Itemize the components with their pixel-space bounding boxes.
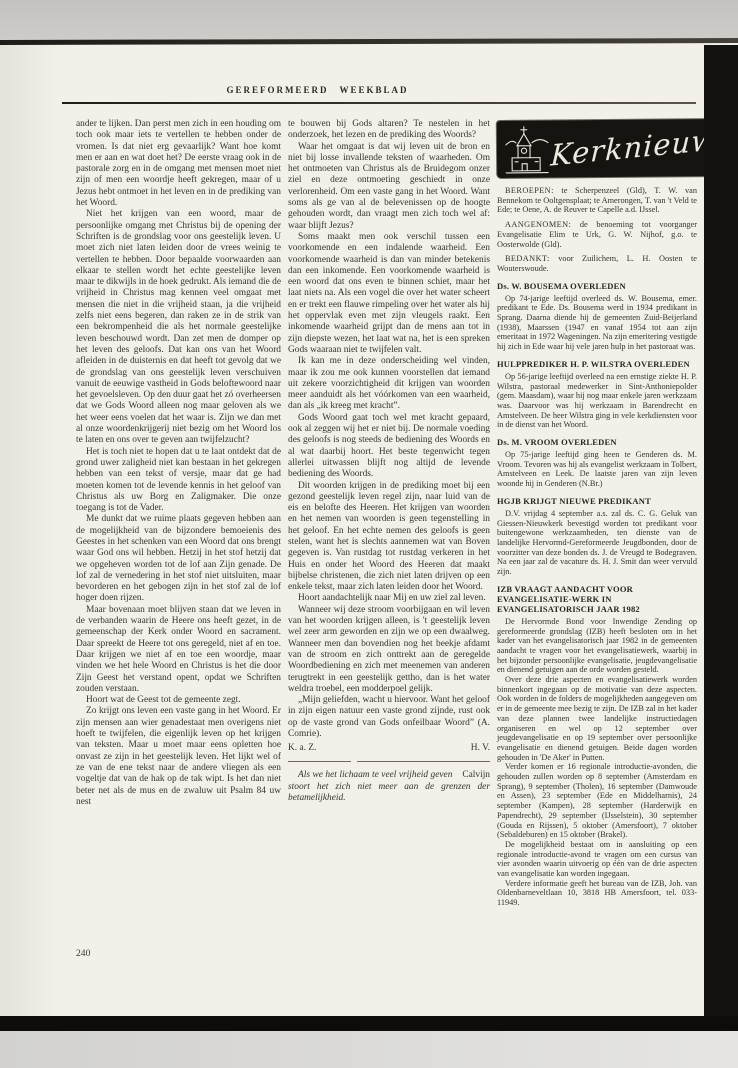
church-icon [504, 124, 550, 174]
paragraph: Maar bovenaan moet blijven staan dat we … [76, 605, 281, 695]
paragraph: te bouwen bij Gods altaren? Te nestelen … [288, 119, 490, 142]
notice-aangenomen: AANGENOMEN: de benoeming tot voorganger … [497, 220, 697, 249]
closing-quote: CalvijnAls we het lichaam te veel vrijhe… [288, 770, 490, 804]
page-left-shadow [0, 45, 60, 1016]
quote-attribution: Calvijn [452, 770, 490, 781]
notice-label: BEROEPEN: [505, 186, 554, 195]
column-2: te bouwen bij Gods altaren? Te nestelen … [288, 119, 490, 804]
paragraph: Dit woorden krijgen in de prediking moet… [288, 481, 490, 594]
scan-margin-bottom [0, 1031, 738, 1068]
paragraph: Soms maakt men ook verschil tussen een v… [288, 232, 490, 356]
paragraph: Wanneer wij deze stroom voorbijgaan en w… [288, 605, 490, 695]
paragraph: De Hervormde Bond voor Inwendige Zending… [497, 617, 697, 675]
page-bottom-edge [0, 1016, 738, 1031]
notice-bedankt: BEDANKT: voor Zuilichem, L. H. Oosten te… [497, 254, 697, 273]
signature-right: H. V. [471, 742, 490, 754]
notice-label: AANGENOMEN: [505, 220, 571, 229]
paragraph: Op 56-jarige leeftijd overleed na een er… [497, 372, 697, 430]
paragraph: Hoort aandachtelijk naar Mij en uw ziel … [288, 593, 490, 604]
section-heading: Ds. W. BOUSEMA OVERLEDEN [497, 281, 697, 291]
paragraph: Niet het krijgen van een woord, maar de … [76, 209, 281, 446]
paragraph: Het is toch niet te hopen dat u te laat … [76, 447, 281, 515]
paragraph: ander te lijken. Dan perst men zich in e… [76, 119, 281, 209]
masthead-title: GEREFORMEERD WEEKBLAD [225, 85, 410, 95]
paragraph: Verder komen er 16 regionale introductie… [497, 762, 697, 840]
paragraph: Waar het omgaat is dat wij leven uit de … [288, 142, 490, 232]
paragraph: Me dunkt dat we ruime plaats gegeven heb… [76, 514, 281, 604]
section-heading: IZB VRAAGT AANDACHT VOOR EVANGELISATIE-W… [497, 584, 697, 614]
paragraph: „Mijn geliefden, wacht u hiervoor. Want … [288, 695, 490, 740]
section-heading: HULPPREDIKER H. P. WILSTRA OVERLEDEN [497, 359, 697, 369]
scanned-magazine-page: GEREFORMEERD WEEKBLAD ander te lijken. D… [0, 0, 738, 1068]
header-rule [62, 102, 696, 104]
column-1: ander te lijken. Dan perst men zich in e… [76, 119, 281, 808]
signature-row: K. a. Z. H. V. [288, 742, 490, 754]
paragraph: Over deze drie aspecten en evangelisatie… [497, 675, 697, 762]
section-heading: HGJB KRIJGT NIEUWE PREDIKANT [497, 496, 697, 506]
section-heading: Ds. M. VROOM OVERLEDEN [497, 437, 697, 447]
paragraph: Zo krijgt ons leven een vaste gang in he… [76, 706, 281, 808]
divider-segment [288, 761, 351, 762]
paragraph: Gods Woord gaat toch wel met kracht gepa… [288, 413, 490, 481]
divider-segment [357, 761, 490, 762]
paragraph: D.V. vrijdag 4 september a.s. zal ds. C.… [497, 509, 697, 577]
page-top-edge [0, 38, 738, 45]
paragraph: Verdere informatie geeft het bureau van … [497, 879, 697, 908]
signature-left: K. a. Z. [288, 742, 316, 754]
scan-margin-right [704, 45, 738, 1031]
paragraph: De mogelijkheid bestaat om in aansluitin… [497, 840, 697, 879]
kerknieuws-banner: Kerknieuws [497, 119, 738, 178]
paragraph: Hoort wat de Geest tot de gemeente zegt. [76, 695, 281, 706]
notice-label: BEDANKT: [505, 254, 550, 263]
notice-beroepen: BEROEPEN: te Scherpenzeel (Gld), T. W. v… [497, 186, 697, 215]
page-number: 240 [76, 948, 90, 959]
paragraph: Op 74-jarige leeftijd overleed ds. W. Bo… [497, 294, 697, 352]
paragraph: Op 75-jarige leeftijd ging heen te Gende… [497, 450, 697, 489]
scan-margin-top [0, 0, 738, 40]
paragraph: Ik kan me in deze onderscheiding wel vin… [288, 356, 490, 412]
column-3-kerknieuws: BEROEPEN: te Scherpenzeel (Gld), T. W. v… [497, 186, 697, 908]
section-divider [288, 761, 490, 762]
